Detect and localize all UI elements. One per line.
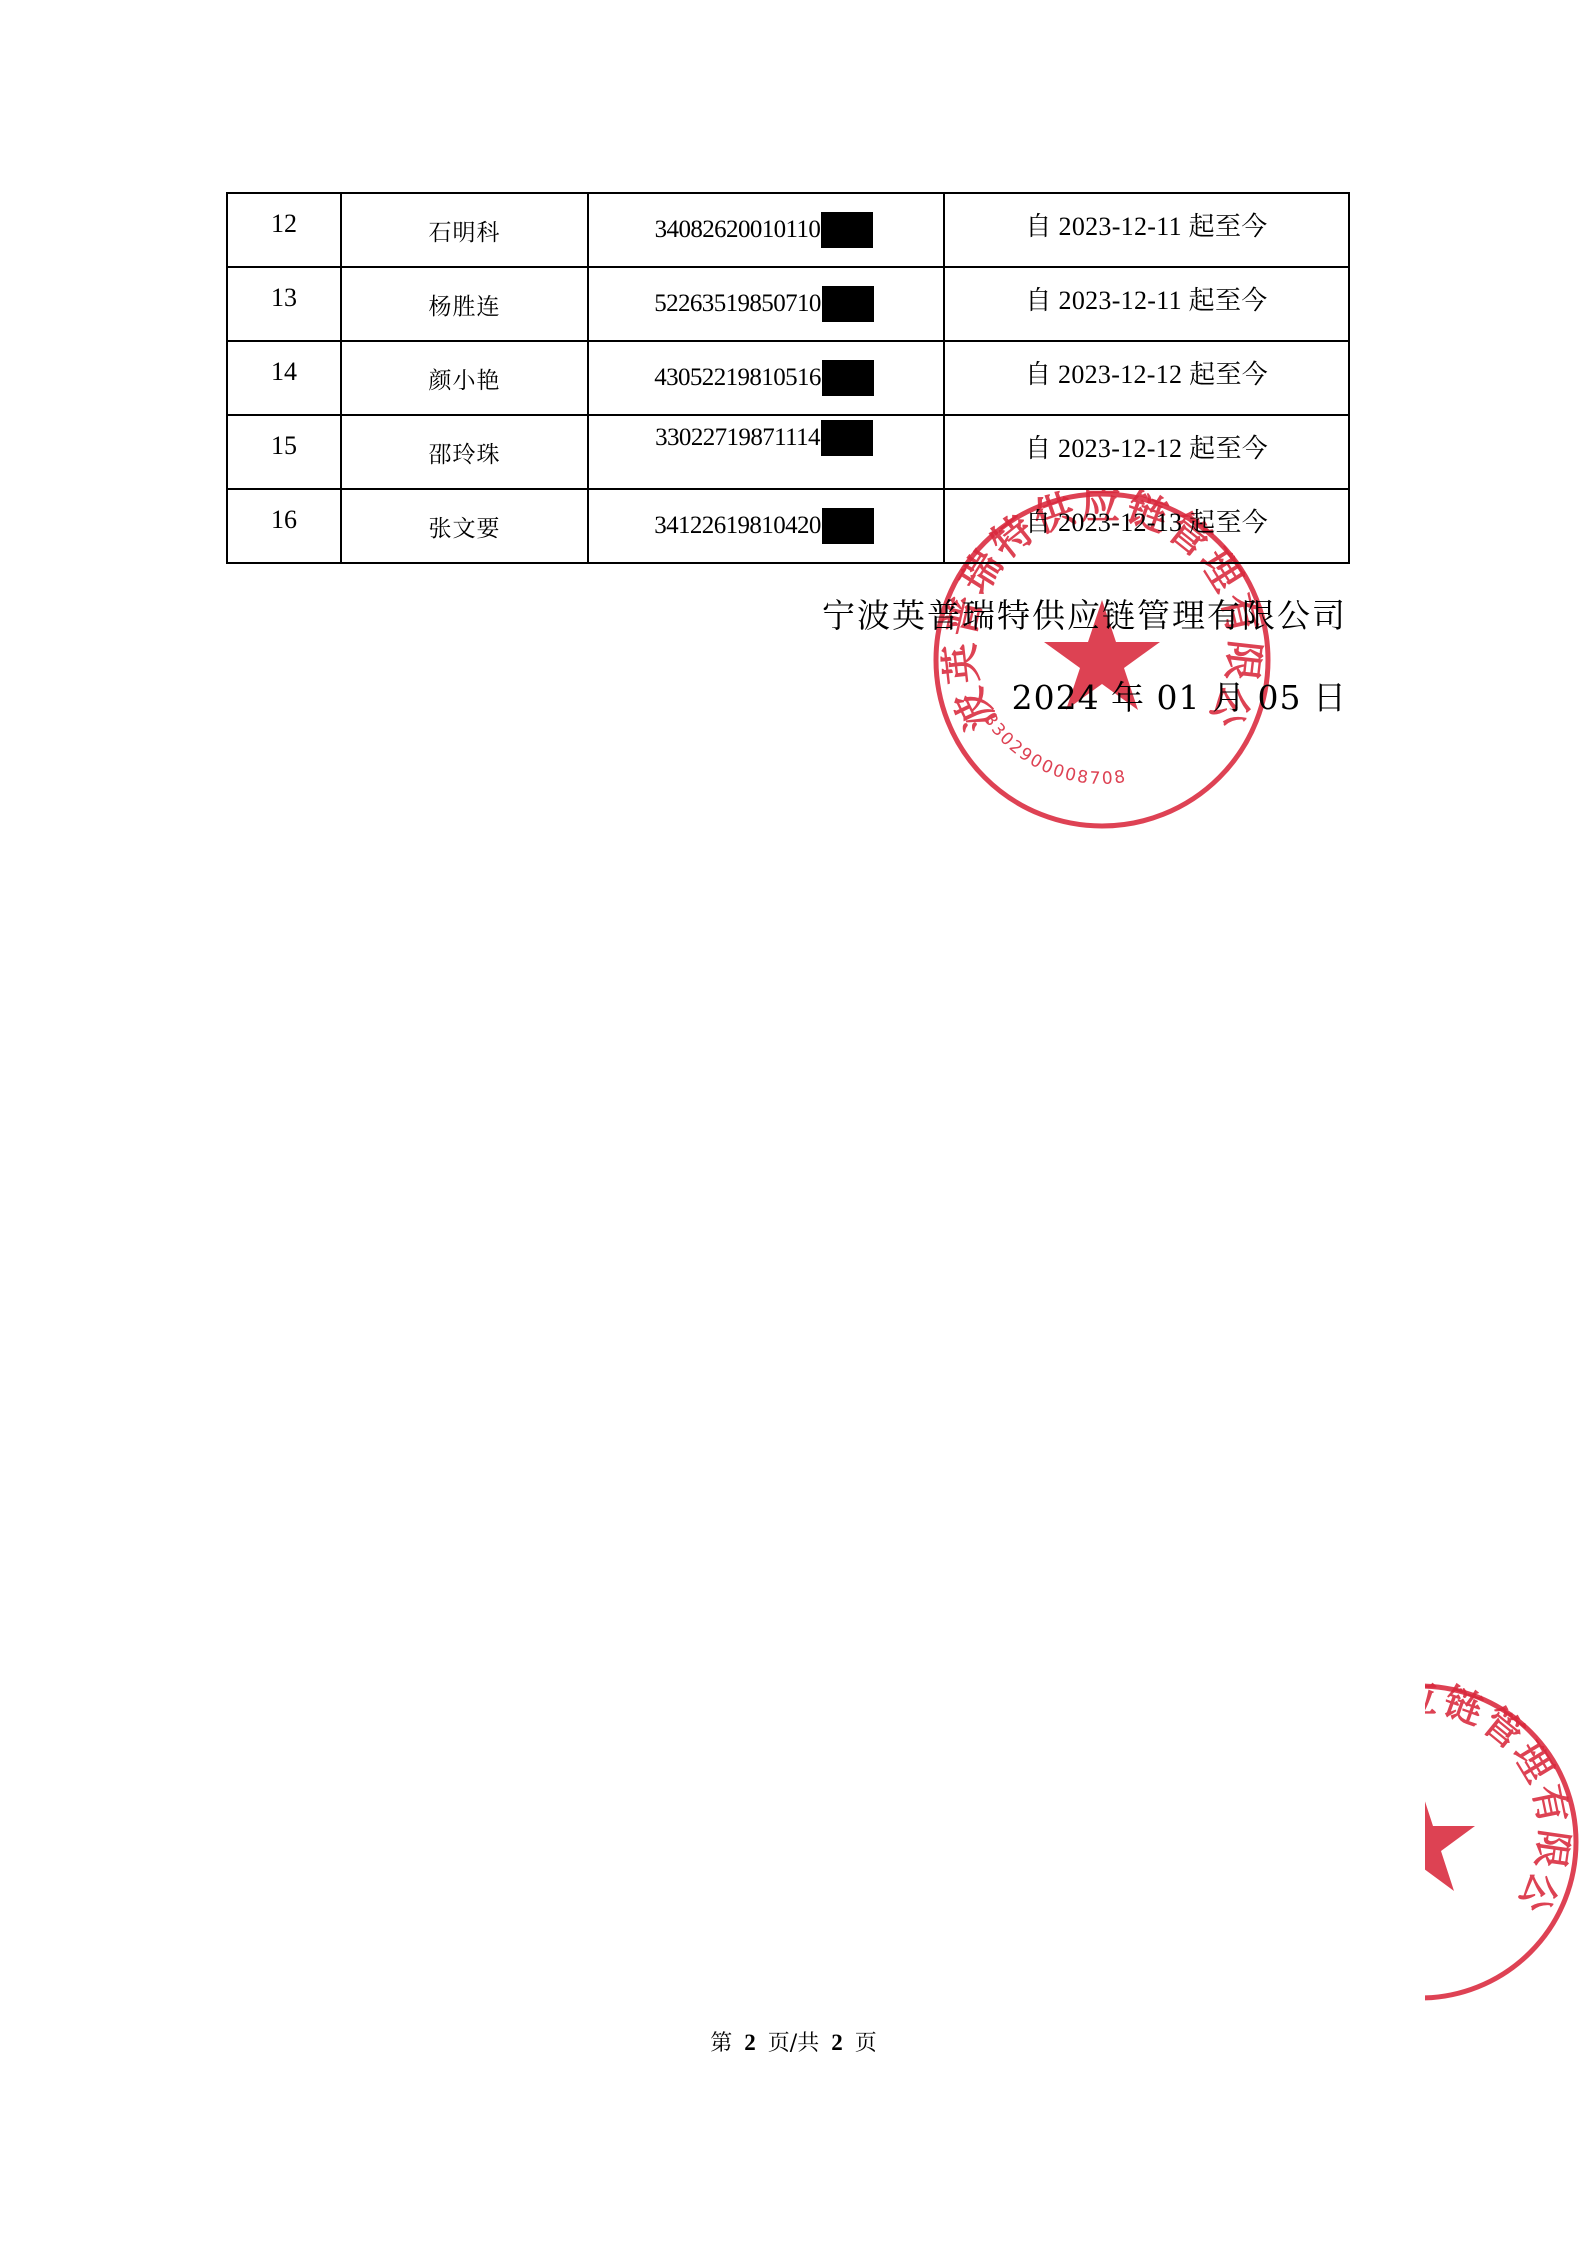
employee-table: 12 石明科 34082620010110 自 2023-12-11 起至今 1… — [226, 192, 1350, 564]
redaction-box — [821, 420, 873, 456]
employee-name: 石明科 — [429, 214, 501, 247]
redaction-box — [821, 212, 873, 248]
employee-name: 杨胜连 — [429, 288, 501, 321]
row-number-cell: 13 — [227, 267, 341, 341]
footer-prefix: 第 — [710, 2031, 732, 2056]
employment-period: 自 2023-12-11 起至今 — [1025, 206, 1267, 243]
employee-name: 张文要 — [429, 510, 501, 543]
name-cell: 杨胜连 — [341, 267, 588, 341]
period-cell: 自 2023-12-13 起至今 — [944, 489, 1349, 563]
page-footer: 第2页/共2页 — [0, 2026, 1587, 2057]
id-cell: 52263519850710 — [588, 267, 944, 341]
table-row: 14 颜小艳 43052219810516 自 2023-12-12 起至今 — [227, 341, 1349, 415]
employee-name: 颜小艳 — [429, 362, 501, 395]
row-number-cell: 16 — [227, 489, 341, 563]
period-cell: 自 2023-12-11 起至今 — [944, 193, 1349, 267]
id-cell: 34082620010110 — [588, 193, 944, 267]
employment-period: 自 2023-12-12 起至今 — [1025, 428, 1268, 465]
period-cell: 自 2023-12-12 起至今 — [944, 341, 1349, 415]
id-number: 34122619810420 — [654, 512, 821, 540]
id-number: 52263519850710 — [654, 290, 821, 318]
id-cell: 43052219810516 — [588, 341, 944, 415]
period-cell: 自 2023-12-12 起至今 — [944, 415, 1349, 489]
name-cell: 石明科 — [341, 193, 588, 267]
table-row: 12 石明科 34082620010110 自 2023-12-11 起至今 — [227, 193, 1349, 267]
id-number: 43052219810516 — [654, 364, 821, 392]
employment-period: 自 2023-12-13 起至今 — [1025, 502, 1268, 539]
seal-text: 宁波英普瑞特供应链管理有限公司 — [1425, 1680, 1576, 1922]
id-cell: 33022719871114 — [588, 415, 944, 489]
star-icon — [1425, 1786, 1475, 1891]
total-page-number: 2 — [831, 2030, 843, 2055]
id-number: 34082620010110 — [655, 216, 821, 244]
row-number-cell: 15 — [227, 415, 341, 489]
employee-name: 邵玲珠 — [429, 436, 501, 469]
seal-code: 3302900008708 — [979, 710, 1128, 789]
id-number: 33022719871114 — [655, 424, 820, 452]
table-row: 16 张文要 34122619810420 自 2023-12-13 起至今 — [227, 489, 1349, 563]
row-number: 16 — [271, 505, 297, 535]
footer-suffix: 页 — [855, 2031, 877, 2056]
row-number: 15 — [271, 431, 297, 461]
redaction-box — [822, 360, 874, 396]
row-number-cell: 12 — [227, 193, 341, 267]
signature-date: 2024 年 01 月 05 日 — [1012, 672, 1347, 719]
row-number-cell: 14 — [227, 341, 341, 415]
name-cell: 邵玲珠 — [341, 415, 588, 489]
row-number: 12 — [271, 209, 297, 239]
table-row: 15 邵玲珠 33022719871114 自 2023-12-12 起至今 — [227, 415, 1349, 489]
employment-period: 自 2023-12-11 起至今 — [1025, 280, 1267, 317]
paging-seal-clip: 宁波英普瑞特供应链管理有限公司 — [1425, 1676, 1587, 2006]
paging-seal: 宁波英普瑞特供应链管理有限公司 — [1425, 1680, 1582, 2004]
redaction-box — [822, 508, 874, 544]
period-cell: 自 2023-12-11 起至今 — [944, 267, 1349, 341]
current-page-number: 2 — [744, 2030, 756, 2055]
row-number: 14 — [271, 357, 297, 387]
document-page: 12 石明科 34082620010110 自 2023-12-11 起至今 1… — [0, 0, 1587, 2245]
footer-middle: 页/共 — [768, 2031, 819, 2056]
table-row: 13 杨胜连 52263519850710 自 2023-12-11 起至今 — [227, 267, 1349, 341]
name-cell: 张文要 — [341, 489, 588, 563]
name-cell: 颜小艳 — [341, 341, 588, 415]
company-name: 宁波英普瑞特供应链管理有限公司 — [822, 590, 1347, 637]
redaction-box — [822, 286, 874, 322]
id-cell: 34122619810420 — [588, 489, 944, 563]
row-number: 13 — [271, 283, 297, 313]
employment-period: 自 2023-12-12 起至今 — [1025, 354, 1268, 391]
